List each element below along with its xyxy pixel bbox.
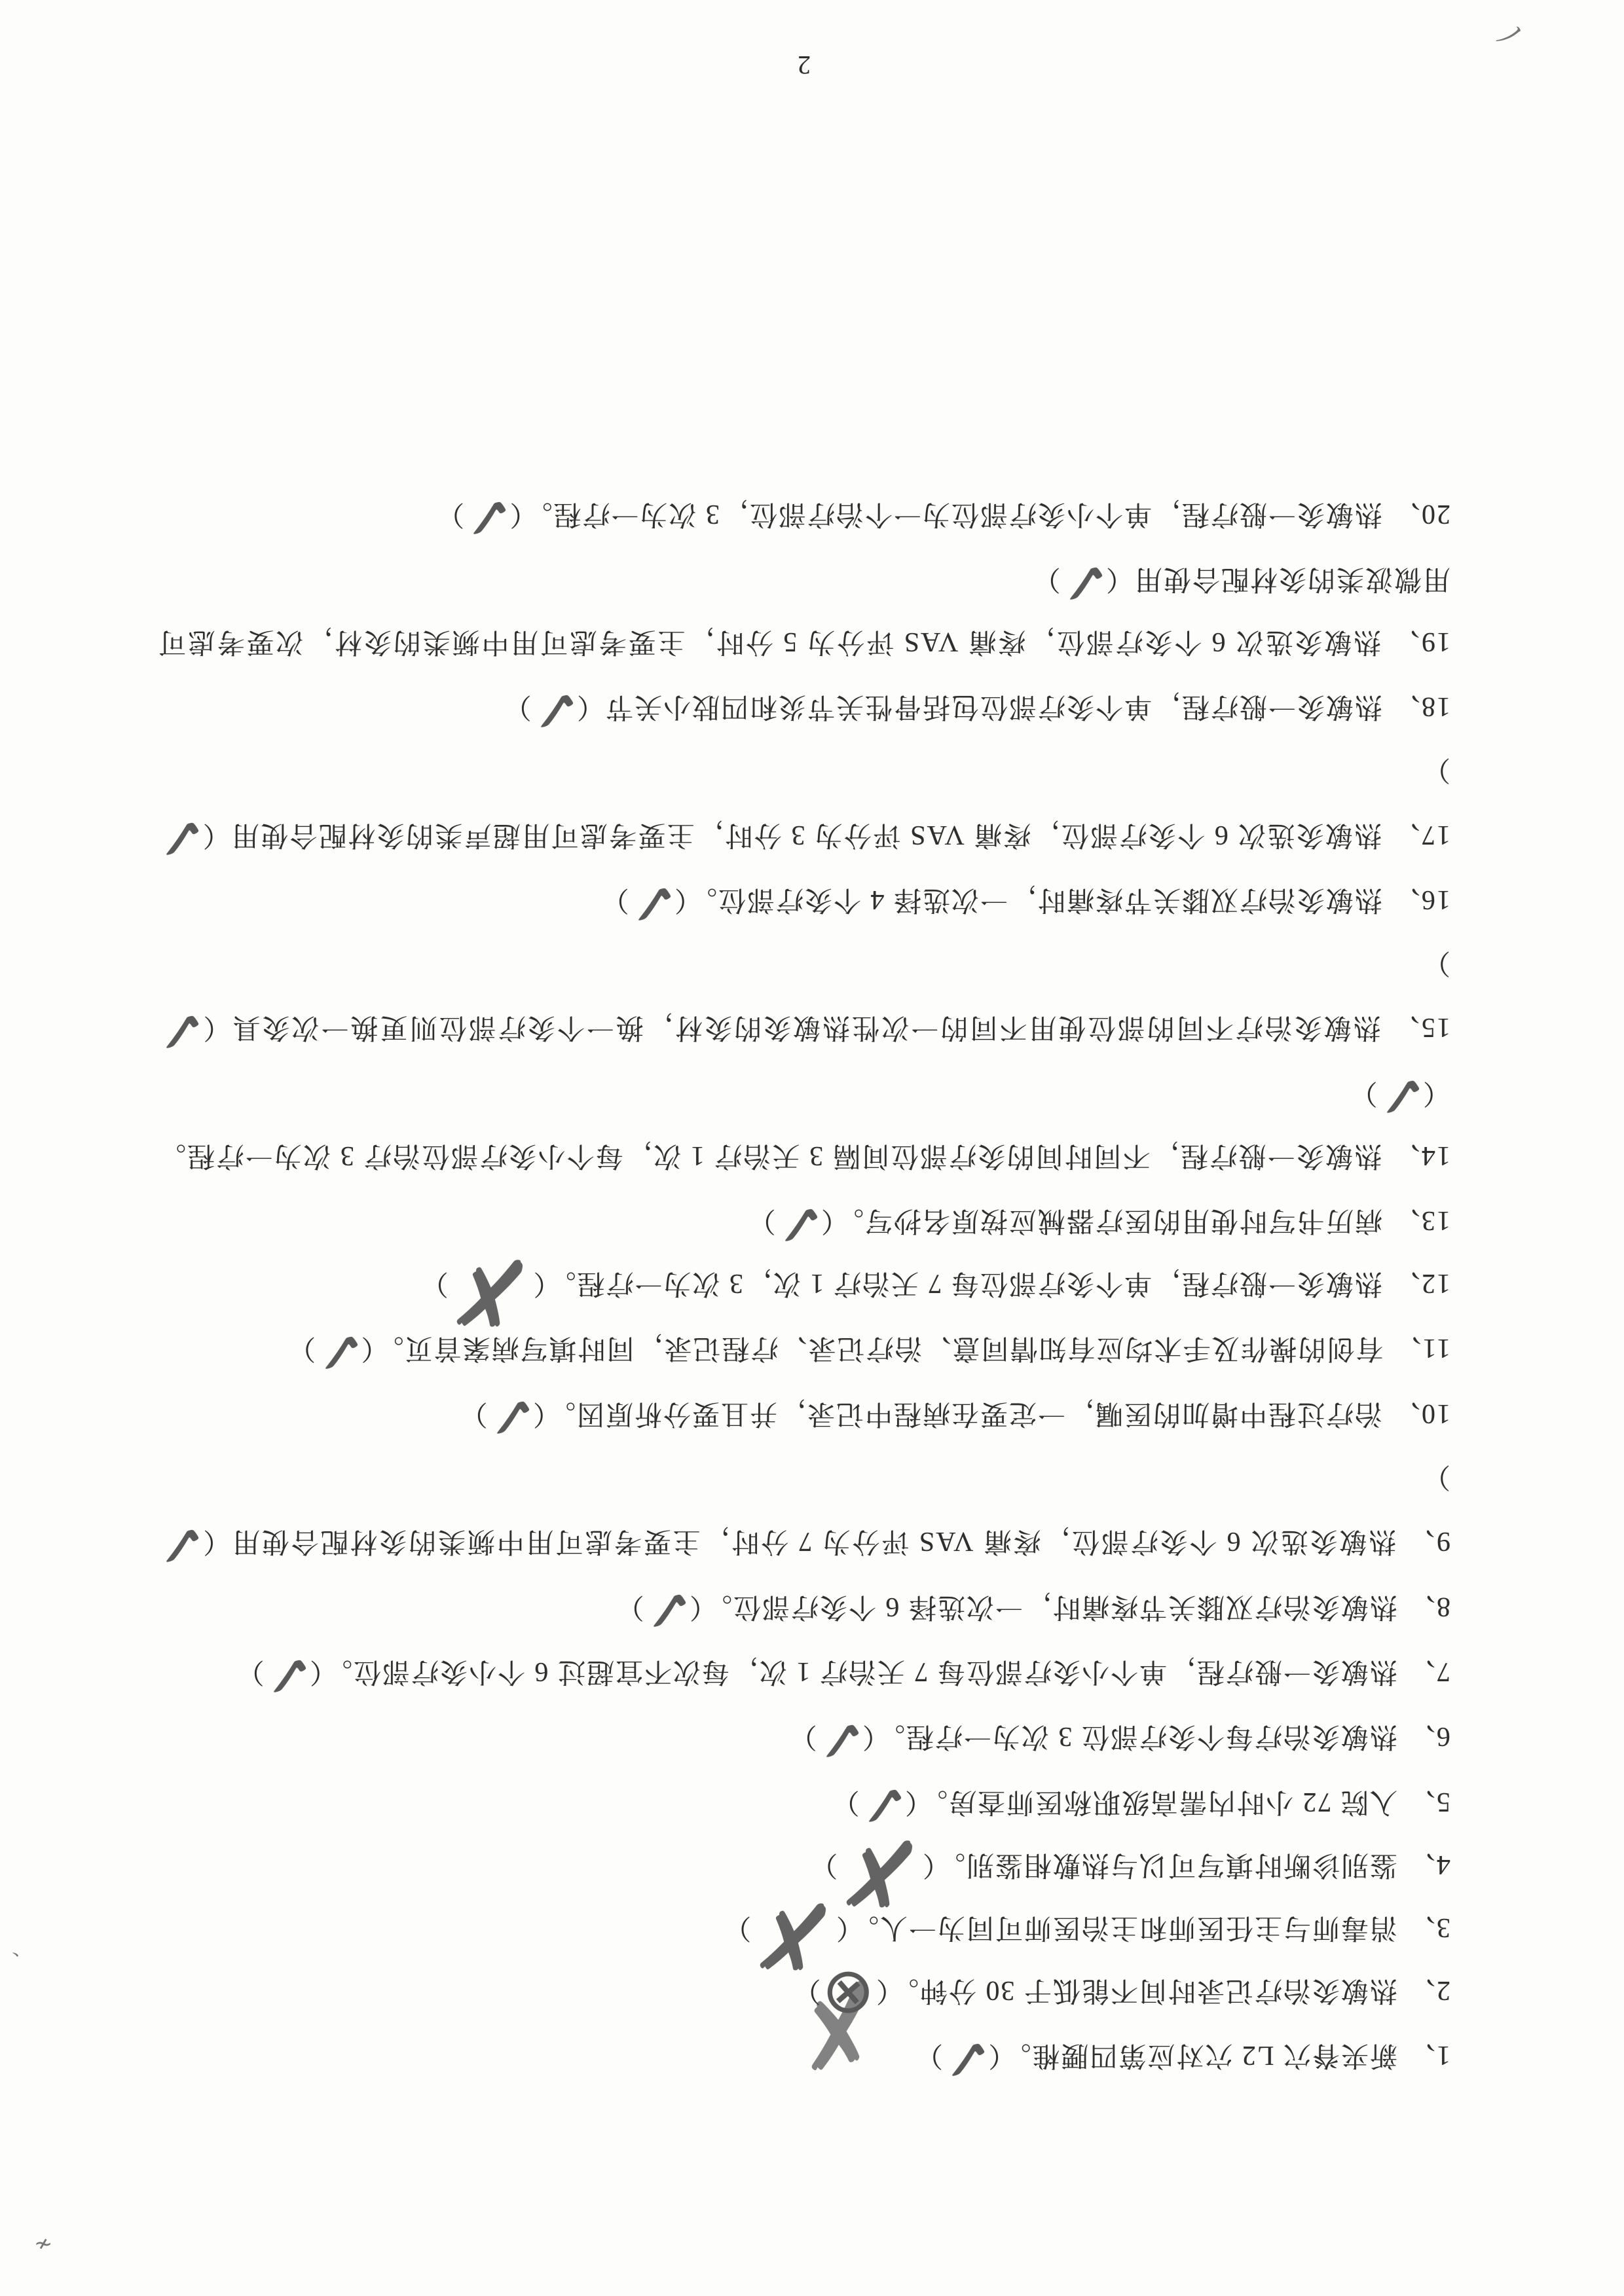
answer-paren-close: ）	[503, 691, 532, 721]
item-text: 热敏灸治疗不同的部位使用不同的一次性热敏灸的灸材，换一个灸疗部位则更换一次灸具	[231, 1012, 1380, 1042]
item-text: 热敏灸治疗双膝关节疼痛时，一次选择 4 个灸疗部位。	[688, 884, 1382, 915]
quiz-item: 10、治疗过程中增加的医嘱，一定要在病程中记录，并且要分析原因。（✓）	[157, 1379, 1450, 1444]
item-text: 热敏灸一般疗程，单个小灸疗部位每 7 天治疗 1 次，每次不宜超过 6 个小灸疗…	[323, 1656, 1397, 1686]
answer-paren-open: （	[1105, 564, 1134, 594]
answer-paren-close: ）	[420, 1268, 449, 1298]
item-text: 热敏灸选次 6 个灸疗部位，疼痛 VAS 评分为 3 分时，主要考虑可用超声类的…	[231, 820, 1382, 850]
item-text: 入院 72 小时内需高级职称医师查房。	[919, 1787, 1397, 1817]
quiz-item: 16、热敏灸治疗双膝关节疼痛时，一次选择 4 个灸疗部位。（✓）	[157, 866, 1450, 931]
item-number: 2、	[1407, 1975, 1450, 2005]
answer-paren-close: ）	[788, 1721, 817, 1751]
quiz-item: 6、热敏灸治疗每个灸疗部位 3 次为一疗程。（✓）	[157, 1703, 1450, 1768]
quiz-item: 5、入院 72 小时内需高级职称医师查房。（✓）	[157, 1768, 1450, 1832]
answer-paren-close: ）	[236, 1656, 265, 1686]
answer-paren-open: （	[201, 820, 230, 850]
item-number: 7、	[1407, 1656, 1450, 1686]
answer-paren-open: （	[308, 1656, 323, 1686]
quiz-item: 13、病历书写时使用的医疗器械应按原名抄写。（✓）	[157, 1187, 1450, 1252]
answer-paren-close: ）	[722, 1912, 751, 1942]
item-number: 20、	[1392, 499, 1450, 529]
quiz-item: 4、鉴别诊断时填写可以与热敷相鉴别。（✗）	[157, 1833, 1450, 1896]
quiz-item: 14、热敏灸一般疗程，不同时间的灸疗部位间隔 3 天治疗 1 次，每个小灸疗部位…	[157, 1059, 1450, 1186]
item-text: 消毒师与主任医师和主治医师可同为一人。	[850, 1912, 1397, 1942]
answer-paren-open: （	[688, 1592, 703, 1622]
item-number: 15、	[1390, 1012, 1450, 1042]
answer-paren-close: ）	[600, 884, 629, 915]
answer-paren-close: ）	[747, 1205, 776, 1235]
item-number: 19、	[1390, 627, 1450, 657]
item-number: 6、	[1407, 1721, 1450, 1751]
item-text: 热敏灸一般疗程，单个灸疗部位包括骨性关节炎和四肢小关节	[604, 691, 1382, 721]
item-text: 热敏灸一般疗程，单个小灸疗部位为一个治疗部位，3 次为一疗程。	[523, 499, 1382, 529]
handwritten-answer-mark: ✗	[837, 1865, 919, 1877]
quiz-item: 19、热敏灸选次 6 个灸疗部位，疼痛 VAS 评分为 5 分时，主要考虑可用中…	[157, 545, 1450, 673]
answer-paren-close: ）	[914, 2040, 943, 2070]
answer-paren-open: （	[820, 1205, 835, 1235]
handwritten-answer-mark: ✗	[447, 1285, 530, 1296]
quiz-item: 15、热敏灸治疗不同的部位使用不同的一次性热敏灸的灸材，换一个灸疗部位则更换一次…	[157, 931, 1450, 1059]
item-text: 热敏灸治疗记录时间不能低于 30 分钟。	[890, 1975, 1397, 2005]
answer-paren-close: ）	[287, 1333, 316, 1363]
answer-paren-close: ）	[1032, 564, 1061, 594]
item-number: 3、	[1407, 1912, 1450, 1942]
answer-paren-close: ）	[1422, 754, 1450, 784]
item-text: 有创的操作及手术均应有知情同意、治疗记录、疗程记录，同时填写病案首页。	[375, 1333, 1384, 1363]
answer-paren-open: （	[576, 691, 604, 721]
item-number: 8、	[1407, 1592, 1450, 1622]
item-text: 热敏灸一般疗程，单个灸疗部位每 7 天治疗 1 次，3 次为一疗程。	[547, 1268, 1382, 1298]
item-number: 14、	[1392, 1140, 1450, 1171]
item-number: 5、	[1407, 1787, 1450, 1817]
answer-paren-close: ）	[616, 1592, 644, 1622]
quiz-item: 3、消毒师与主任医师和主治医师可同为一人。（✗）	[157, 1896, 1450, 1959]
answer-paren-open: （	[360, 1333, 375, 1363]
answer-paren-close: ）	[459, 1398, 488, 1429]
handwritten-answer-mark: ⊗	[821, 1992, 874, 1996]
answer-paren-open: （	[1422, 1078, 1450, 1108]
scanned-quiz-page: ノ 、 ≁ 1、新夹脊穴 L2 穴对应第四腰椎。（✓） 2、热敏灸治疗记录时间不…	[0, 0, 1624, 2296]
answer-paren-open: （	[532, 1398, 547, 1429]
answer-paren-open: （	[921, 1850, 936, 1880]
item-number: 4、	[1407, 1850, 1450, 1880]
item-number: 10、	[1392, 1398, 1450, 1429]
answer-paren-close: ）	[792, 1975, 821, 2005]
answer-paren-open: （	[201, 1012, 231, 1042]
quiz-item: 17、热敏灸选次 6 个灸疗部位，疼痛 VAS 评分为 3 分时，主要考虑可用超…	[157, 738, 1450, 866]
answer-paren-open: （	[673, 884, 688, 915]
item-text: 新夹脊穴 L2 穴对应第四腰椎。	[1002, 2040, 1397, 2070]
answer-paren-close: ）	[809, 1850, 838, 1880]
item-number: 17、	[1391, 820, 1450, 850]
answer-paren-open: （	[532, 1268, 547, 1298]
answer-paren-open: （	[861, 1721, 876, 1751]
answer-paren-close: ）	[1349, 1078, 1378, 1108]
answer-paren-close: ）	[435, 499, 464, 529]
item-number: 13、	[1392, 1205, 1450, 1235]
item-text: 治疗过程中增加的医嘱，一定要在病程中记录，并且要分析原因。	[547, 1398, 1382, 1429]
item-text: 热敏灸治疗双膝关节疼痛时，一次选择 6 个灸疗部位。	[703, 1592, 1397, 1622]
quiz-item: 20、热敏灸一般疗程，单个小灸疗部位为一个治疗部位，3 次为一疗程。（✓）	[157, 480, 1450, 545]
item-number: 11、	[1393, 1333, 1450, 1363]
answer-paren-open: （	[875, 1975, 890, 2005]
quiz-item: 1、新夹脊穴 L2 穴对应第四腰椎。（✓）	[157, 2022, 1450, 2086]
quiz-item: 12、热敏灸一般疗程，单个灸疗部位每 7 天治疗 1 次，3 次为一疗程。（✗）	[157, 1252, 1450, 1315]
quiz-item-list: 1、新夹脊穴 L2 穴对应第四腰椎。（✓） 2、热敏灸治疗记录时间不能低于 30…	[157, 480, 1450, 2086]
answer-paren-open: （	[987, 2040, 1002, 2070]
handwritten-answer-mark: ✗	[750, 1928, 833, 1940]
item-text: 病历书写时使用的医疗器械应按原名抄写。	[835, 1205, 1382, 1235]
quiz-item: 9、热敏灸选次 6 个灸疗部位，疼痛 VAS 评分为 7 分时，主要考虑可用中频…	[157, 1445, 1450, 1573]
item-text: 热敏灸治疗每个灸疗部位 3 次为一疗程。	[876, 1721, 1397, 1751]
answer-paren-open: （	[835, 1912, 850, 1942]
quiz-item: 18、热敏灸一般疗程，单个灸疗部位包括骨性关节炎和四肢小关节（✓）	[157, 673, 1450, 738]
item-text: 热敏灸一般疗程，不同时间的灸疗部位间隔 3 天治疗 1 次，每个小灸疗部位治疗 …	[157, 1140, 1382, 1171]
item-number: 12、	[1392, 1268, 1450, 1298]
upside-down-scan-content: 1、新夹脊穴 L2 穴对应第四腰椎。（✓） 2、热敏灸治疗记录时间不能低于 30…	[0, 0, 1624, 2296]
item-number: 1、	[1407, 2040, 1450, 2070]
answer-paren-open: （	[201, 1526, 231, 1556]
answer-paren-open: （	[904, 1787, 919, 1817]
item-number: 16、	[1392, 884, 1450, 915]
item-number: 9、	[1405, 1526, 1450, 1556]
quiz-item: 2、热敏灸治疗记录时间不能低于 30 分钟。（⊗）	[157, 1959, 1450, 2022]
answer-paren-close: ）	[1422, 947, 1450, 977]
answer-paren-close: ）	[1422, 1461, 1450, 1491]
item-text: 热敏灸选次 6 个灸疗部位，疼痛 VAS 评分为 7 分时，主要考虑可用中频类的…	[231, 1526, 1396, 1556]
quiz-item: 8、热敏灸治疗双膝关节疼痛时，一次选择 6 个灸疗部位。（✓）	[157, 1573, 1450, 1637]
answer-paren-close: ）	[831, 1787, 860, 1817]
page-number: 2	[157, 50, 1450, 81]
item-number: 18、	[1392, 691, 1450, 721]
item-text: 鉴别诊断时填写可以与热敷相鉴别。	[936, 1850, 1397, 1880]
item-text: 热敏灸选次 6 个灸疗部位，疼痛 VAS 评分为 5 分时，主要考虑可用中频类的…	[157, 564, 1450, 657]
quiz-text-block: 1、新夹脊穴 L2 穴对应第四腰椎。（✓） 2、热敏灸治疗记录时间不能低于 30…	[157, 50, 1450, 2086]
quiz-item: 7、热敏灸一般疗程，单个小灸疗部位每 7 天治疗 1 次，每次不宜超过 6 个小…	[157, 1638, 1450, 1703]
answer-paren-open: （	[508, 499, 523, 529]
quiz-item: 11、有创的操作及手术均应有知情同意、治疗记录、疗程记录，同时填写病案首页。（✓…	[157, 1315, 1450, 1379]
